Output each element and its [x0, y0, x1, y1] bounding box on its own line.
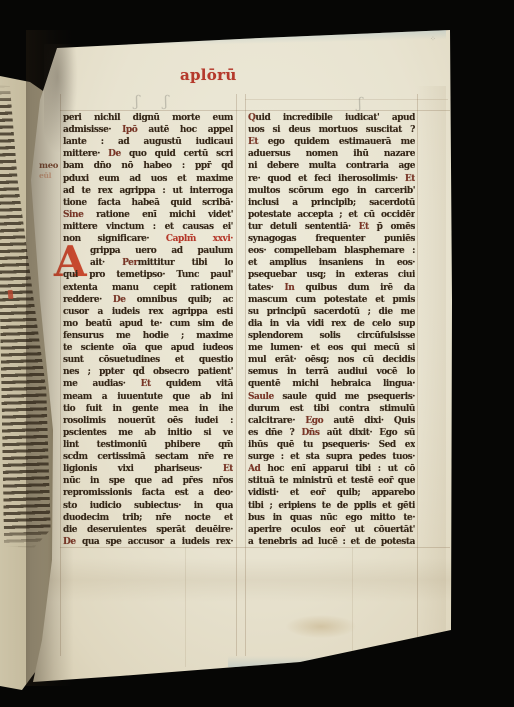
line-segment: bus in quas nūc ego mitto te·	[248, 513, 415, 523]
line-segment: repromissionis facta est a deo·	[63, 488, 233, 498]
manuscript-text-line: ni debere multa contraria age	[248, 160, 415, 172]
manuscript-text-line: te sciente oīa que apud iudeos	[63, 342, 233, 354]
line-segment: multos scōrum ego in carcerib'	[248, 186, 415, 196]
manuscript-text-line: Quid incredibile iudicat' apud	[248, 112, 415, 124]
manuscript-text-line: extenta manu cepit rationem	[63, 282, 233, 294]
line-segment: nes ; ppter qd̄ obsecro patient'	[63, 367, 233, 377]
manuscript-text-line: ait· Permittitur tibi lo	[63, 257, 233, 269]
line-segment: a tenebris ad lucē : et de potesta	[248, 537, 415, 547]
manuscript-text-line: mul erāt· oēsq; nos cū decidis	[248, 354, 415, 366]
manuscript-text-line: mittere· De quo quid certū scri	[63, 148, 233, 160]
manuscript-text-line: cusor a iudeis rex agrippa esti	[63, 306, 233, 318]
line-segment: qui pro temetipso· Tunc paul'	[63, 270, 233, 280]
line-segment: Saule	[248, 392, 274, 402]
line-segment: semus in terrā audiui vocē lo	[248, 367, 415, 377]
line-segment: De	[113, 295, 126, 305]
line-segment: lint testimoniū phibere qm̄	[63, 440, 233, 450]
line-segment: synagogas frequenter puniēs	[248, 234, 415, 244]
line-segment: splendorem solis circūfulsisse	[248, 331, 415, 341]
manuscript-text-line: psequebar usq; in exteras ciui	[248, 269, 415, 281]
line-segment: ratione enī michi videt'	[83, 210, 233, 220]
line-segment: Et	[141, 379, 151, 389]
line-segment: quo quid certū scri	[121, 149, 233, 159]
line-segment: scd̄m certissimā sectam nr̄e re	[63, 452, 233, 462]
manuscript-text-line: Ad hoc enī apparui tibi : ut cō	[248, 463, 415, 475]
manuscript-text-line: vidisti· et eor̄ quib; apparebo	[248, 487, 415, 499]
manuscript-text-line: nes ; ppter qd̄ obsecro patient'	[63, 366, 233, 378]
line-segment: ad te rex agrippa : ut interroga	[63, 186, 233, 196]
manuscript-text-line: semus in terrā audiui vocē lo	[248, 366, 415, 378]
line-segment: tione facta habeā quid scribā·	[63, 198, 233, 208]
line-segment: cusor a iudeis rex agrippa esti	[63, 307, 233, 317]
line-segment: me audias·	[63, 379, 141, 389]
line-segment: De	[63, 537, 76, 547]
text-column-right: Quid incredibile iudicat' apuduos si deu…	[248, 112, 415, 548]
manuscript-text-line: grippa uero ad paulum	[63, 245, 233, 257]
line-segment: re· quod et feci iherosolimis·	[248, 174, 405, 184]
page-top-edge-tint	[42, 26, 446, 48]
line-segment: Et	[359, 222, 369, 232]
line-segment: nūc in spe que ad pr̄es nr̄os	[63, 476, 233, 486]
manuscript-text-line: rosolimis nouerūt oēs iudei :	[63, 415, 233, 427]
manuscript-text-line: bus in quas nūc ego mitto te·	[248, 512, 415, 524]
line-segment: tates·	[248, 283, 284, 293]
manuscript-text-line: Sine ratione enī michi videt'	[63, 209, 233, 221]
line-segment: non significare·	[63, 234, 166, 244]
line-segment: meam a iuuentute que ab ini	[63, 392, 233, 402]
manuscript-text-line: dia in via vidi rex de celo sup	[248, 318, 415, 330]
ruling-line-horizontal	[60, 110, 450, 111]
running-title: aplōrū	[180, 66, 237, 84]
line-segment: mascum cum potestate et pmis	[248, 295, 415, 305]
manuscript-text-line: tio fuit in gente mea in ihe	[63, 403, 233, 415]
line-segment: dia in via vidi rex de celo sup	[248, 319, 415, 329]
line-segment: eos· compellebam blasphemare :	[248, 246, 415, 256]
line-segment: grippa uero ad paulum	[90, 246, 233, 256]
line-segment: potestate accepta ; et cū occidēr	[248, 210, 415, 220]
manuscript-text-line: sunt cōsuetudines et questio	[63, 354, 233, 366]
manuscript-text-line: synagogas frequenter puniēs	[248, 233, 415, 245]
manuscript-text-line: qui pro temetipso· Tunc paul'	[63, 269, 233, 281]
line-segment: Dn̄s	[301, 428, 319, 438]
line-segment: surge : et sta supra pedes tuos·	[248, 452, 415, 462]
line-segment: su principū sacerdotū ; die me	[248, 307, 415, 317]
manuscript-text-line: Saule saule quid me psequeris·	[248, 391, 415, 403]
line-segment: De	[108, 149, 121, 159]
line-segment: tibi ; eripiens te de pplis et gēti	[248, 501, 415, 511]
line-segment: es dn̄e ?	[248, 428, 301, 438]
manuscript-text-line: sto iudicio subiectus· in qua	[63, 500, 233, 512]
manuscript-text-line: quentē michi hebraica lingua·	[248, 378, 415, 390]
manuscript-text-line: a tenebris ad lucē : et de potesta	[248, 536, 415, 548]
manuscript-text-line: me audias· Et quidem vitā	[63, 378, 233, 390]
vellum-wrinkle-shading	[416, 86, 446, 646]
manuscript-text-line: re· quod et feci iherosolimis· Et	[248, 173, 415, 185]
manuscript-text-line: durum est tibi contra stimulū	[248, 403, 415, 415]
manuscript-text-line: es dn̄e ? Dn̄s aūt dixit· Ego sū	[248, 427, 415, 439]
photo-background: aplōrū ⁘ ʃ ʃ ʃ meo eūl A peri nichil dig…	[0, 0, 514, 707]
line-segment: qua spe accusor a iudeis rex·	[76, 537, 233, 547]
manuscript-text-line: ligionis vixi phariseus· Et	[63, 463, 233, 475]
line-segment: Sine	[63, 210, 83, 220]
line-segment: te sciente oīa que apud iudeos	[63, 343, 233, 353]
manuscript-text-line: calcitrare· Ego autē dixi· Quis	[248, 415, 415, 427]
line-segment: quidem vitā	[151, 379, 233, 389]
line-segment: admisisse·	[63, 125, 122, 135]
line-segment: duodecim trib; nr̄e nocte et	[63, 513, 233, 523]
manuscript-text-line: uos si deus mortuos suscitat ?	[248, 124, 415, 136]
line-segment: Ad	[248, 464, 260, 474]
line-segment: die deseruientes sperāt deuēire·	[63, 525, 233, 535]
manuscript-text-line: surge : et sta supra pedes tuos·	[248, 451, 415, 463]
line-segment: p̄ omēs	[369, 222, 415, 232]
line-segment: quentē michi hebraica lingua·	[248, 379, 415, 389]
rubric-text: Caplm̄ xxvi·	[166, 234, 233, 244]
manuscript-text-line: tione facta habeā quid scribā·	[63, 197, 233, 209]
manuscript-text-line: multos scōrum ego in carcerib'	[248, 185, 415, 197]
line-segment: rosolimis nouerūt oēs iudei :	[63, 416, 233, 426]
line-segment: calcitrare·	[248, 416, 305, 426]
line-segment: stituā te ministrū et testē eor̄ que	[248, 476, 415, 486]
manuscript-text-line: fensurus me hodie ; maxime	[63, 330, 233, 342]
line-segment: mul erāt· oēsq; nos cū decidis	[248, 355, 415, 365]
line-segment: mittitur tibi lo	[138, 258, 233, 268]
line-segment: peri nichil dignū morte eum	[63, 113, 233, 123]
line-segment: saule quid me psequeris·	[274, 392, 415, 402]
line-segment: quibus dum irē da	[294, 283, 415, 293]
line-segment: aūt dixit· Ego sū	[320, 428, 415, 438]
page-bottom-edge-tint	[228, 656, 418, 667]
line-segment: ligionis vixi phariseus·	[63, 464, 223, 474]
manuscript-text-line: scd̄m certissimā sectam nr̄e re	[63, 451, 233, 463]
line-segment: vidisti· et eor̄ quib; apparebo	[248, 488, 415, 498]
manuscript-text-line: peri nichil dignū morte eum	[63, 112, 233, 124]
line-segment: In	[284, 283, 294, 293]
line-segment: pscientes me ab initio si ve	[63, 428, 233, 438]
line-segment: ait·	[90, 258, 122, 268]
line-segment: mo beatū apud te· cum sim de	[63, 319, 233, 329]
red-paraph-mark	[8, 290, 14, 299]
line-segment: hoc enī apparui tibi : ut cō	[260, 464, 415, 474]
margin-note-line: eūl	[39, 171, 61, 180]
line-segment: autē dixi· Quis	[323, 416, 415, 426]
line-segment: bam dn̄o nō habeo : ppr̄ qd̄	[63, 161, 233, 171]
manuscript-text-line: mo beatū apud te· cum sim de	[63, 318, 233, 330]
line-segment: sto iudicio subiectus· in qua	[63, 501, 233, 511]
line-segment: autē hoc appel	[137, 125, 233, 135]
manuscript-text-line: mascum cum potestate et pmis	[248, 294, 415, 306]
manuscript-text-line: admisisse· Ipō autē hoc appel	[63, 124, 233, 136]
pen-trial-mark: ʃ	[163, 92, 169, 110]
manuscript-text-line: stituā te ministrū et testē eor̄ que	[248, 475, 415, 487]
line-segment: me lumen· et eos qui mecū si	[248, 343, 415, 353]
line-segment: tio fuit in gente mea in ihe	[63, 404, 233, 414]
line-segment: lante : ad augustū iudicaui	[63, 137, 233, 147]
manuscript-text-line: Et ego quidem estimauerā me	[248, 136, 415, 148]
line-segment: Per	[122, 258, 138, 268]
vellum-wrinkle-shading	[18, 558, 462, 602]
manuscript-text-line: nūc in spe que ad pr̄es nr̄os	[63, 475, 233, 487]
parchment-stain	[286, 615, 356, 638]
line-segment: pduxi eum ad uos et maxime	[63, 174, 233, 184]
line-segment: psequebar usq; in exteras ciui	[248, 270, 415, 280]
line-segment: ni debere multa contraria age	[248, 161, 415, 171]
manuscript-text-line: lint testimoniū phibere qm̄	[63, 439, 233, 451]
line-segment: fensurus me hodie ; maxime	[63, 331, 233, 341]
manuscript-text-line: reddere· De omnibus quib; ac	[63, 294, 233, 306]
manuscript-text-line: eos· compellebam blasphemare :	[248, 245, 415, 257]
line-segment: Et	[405, 174, 415, 184]
manuscript-text-line: duodecim trib; nr̄e nocte et	[63, 512, 233, 524]
line-segment: reddere·	[63, 295, 113, 305]
folio-pencil-mark: ⁘	[430, 35, 436, 43]
manuscript-text-line: tibi ; eripiens te de pplis et gēti	[248, 500, 415, 512]
line-segment: uid incredibile iudicat' apud	[255, 113, 415, 123]
manuscript-text-line: inclusi a principib; sacerdotū	[248, 197, 415, 209]
manuscript-text-line: potestate accepta ; et cū occidēr	[248, 209, 415, 221]
margin-note: meo eūl	[39, 161, 61, 180]
line-segment: mittere·	[63, 149, 108, 159]
line-segment: omnibus quib; ac	[126, 295, 234, 305]
manuscript-page: aplōrū ⁘ ʃ ʃ ʃ meo eūl A peri nichil dig…	[18, 26, 462, 686]
margin-note-line: meo	[39, 161, 61, 171]
manuscript-text-line: splendorem solis circūfulsisse	[248, 330, 415, 342]
line-segment: aperire oculos eor̄ ut cōuertāt'	[248, 525, 415, 535]
line-segment: Ipō	[122, 125, 137, 135]
manuscript-text-line: pscientes me ab initio si ve	[63, 427, 233, 439]
manuscript-text-line: pduxi eum ad uos et maxime	[63, 173, 233, 185]
line-segment: tur detuli sententiā·	[248, 222, 359, 232]
line-segment: Et	[248, 137, 258, 147]
line-segment: extenta manu cepit rationem	[63, 283, 233, 293]
line-segment: et amplius insaniens in eos·	[248, 258, 415, 268]
manuscript-text-line: bam dn̄o nō habeo : ppr̄ qd̄	[63, 160, 233, 172]
manuscript-text-line: non significare· Caplm̄ xxvi·	[63, 233, 233, 245]
manuscript-text-line: aduersus nomen ihū nazare	[248, 148, 415, 160]
manuscript-text-line: De qua spe accusor a iudeis rex·	[63, 536, 233, 548]
line-segment: durum est tibi contra stimulū	[248, 404, 415, 414]
manuscript-text-line: ad te rex agrippa : ut interroga	[63, 185, 233, 197]
text-column-left: peri nichil dignū morte eumadmisisse· Ip…	[63, 112, 233, 548]
manuscript-text-line: tates· In quibus dum irē da	[248, 282, 415, 294]
manuscript-text-line: ihūs quē tu psequeris· Sed ex	[248, 439, 415, 451]
manuscript-text-line: repromissionis facta est a deo·	[63, 487, 233, 499]
line-segment: uos si deus mortuos suscitat ?	[248, 125, 415, 135]
manuscript-text-line: tur detuli sententiā· Et p̄ omēs	[248, 221, 415, 233]
line-segment: sunt cōsuetudines et questio	[63, 355, 233, 365]
line-segment: Ego	[305, 416, 323, 426]
manuscript-text-line: aperire oculos eor̄ ut cōuertāt'	[248, 524, 415, 536]
line-segment: Et	[223, 464, 233, 474]
manuscript-text-line: mittere vinctum : et causas ei'	[63, 221, 233, 233]
line-segment: mittere vinctum : et causas ei'	[63, 222, 233, 232]
manuscript-text-line: su principū sacerdotū ; die me	[248, 306, 415, 318]
line-segment: ego quidem estimauerā me	[258, 137, 415, 147]
manuscript-text-line: et amplius insaniens in eos·	[248, 257, 415, 269]
line-segment: inclusi a principib; sacerdotū	[248, 198, 415, 208]
pen-trial-mark: ʃ	[134, 92, 140, 110]
manuscript-text-line: meam a iuuentute que ab ini	[63, 391, 233, 403]
line-segment: aduersus nomen ihū nazare	[248, 149, 415, 159]
line-segment: ihūs quē tu psequeris· Sed ex	[248, 440, 415, 450]
manuscript-text-line: lante : ad augustū iudicaui	[63, 136, 233, 148]
manuscript-text-line: die deseruientes sperāt deuēire·	[63, 524, 233, 536]
manuscript-text-line: me lumen· et eos qui mecū si	[248, 342, 415, 354]
